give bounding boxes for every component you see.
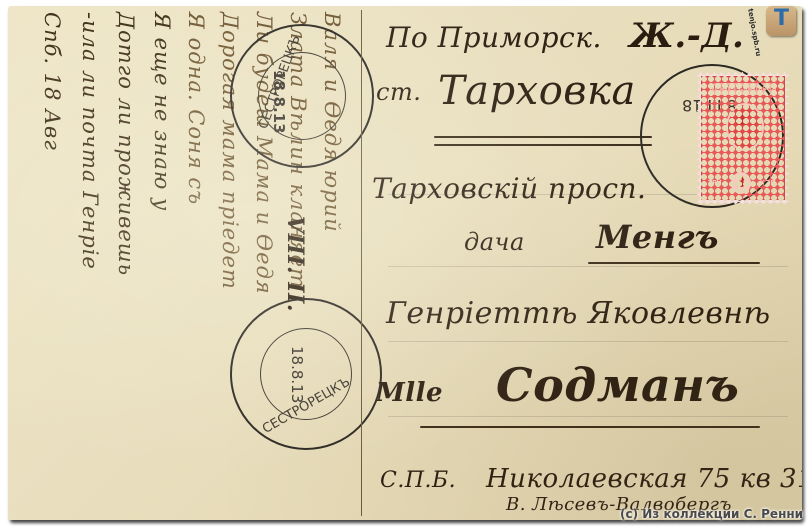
station-underline <box>434 136 652 138</box>
address-surname: Содманъ <box>496 358 739 412</box>
stamp-value: 3 <box>731 172 751 194</box>
address-line-3: Тарховскій просп. <box>372 172 646 205</box>
postmark-bottom-date: 18.8.13 <box>288 346 306 403</box>
guide-line <box>388 266 788 267</box>
surname-underline <box>420 426 760 428</box>
return-city: С.П.Б. <box>380 468 456 493</box>
message-line: Дорогая мама прiедет <box>218 12 242 290</box>
message-line: Я еще не знаю у <box>150 12 174 211</box>
collection-watermark: (с) Из коллекции С. Ренни <box>620 507 803 521</box>
address-dacha-name: Менгъ <box>596 218 719 256</box>
site-logo[interactable]: T <box>766 6 796 36</box>
dacha-underline <box>588 262 760 264</box>
message-line: Спб. 18 Авг <box>40 12 64 151</box>
address-title: Mlle <box>376 378 443 408</box>
postmark-bottom: СЕСТРОРЕЦКЪ 18.8.13 <box>230 298 382 450</box>
stamp-value-row: ТРИ 3 КОП. <box>708 175 778 191</box>
return-street: Николаевская 75 кв 31 <box>486 464 802 494</box>
message-line: Я одна. Соня съ <box>184 12 208 205</box>
message-line: Дотго ли проживешь <box>114 12 138 276</box>
stamp-value-right: КОП. <box>760 179 778 187</box>
guide-line <box>388 341 788 342</box>
postcard: Спб. 18 Авг -ила ли почта Генрiе Дотго л… <box>8 6 802 520</box>
postmark-top: СЕСТРОРЕЦКЪ 18.8.13 <box>230 24 374 168</box>
logo-t-icon: T <box>774 9 788 29</box>
station-underline <box>434 144 652 146</box>
card-divider-line <box>361 10 362 516</box>
stamp-face: ПОЧТОВАЯ МАРКА ♔ ТРИ 3 КОП. <box>701 76 785 200</box>
address-line-4-prefix: дача <box>464 228 525 256</box>
address-line-1: По Приморск. Ж.-Д. <box>386 16 744 56</box>
postmark-top-date: 18.8.13 <box>270 70 288 134</box>
stamp-header: ПОЧТОВАЯ МАРКА <box>710 83 776 95</box>
double-headed-eagle-icon: ♔ <box>734 113 750 133</box>
postage-stamp: ПОЧТОВАЯ МАРКА ♔ ТРИ 3 КОП. <box>697 72 789 204</box>
message-line: -ила ли почта Генрiе <box>78 12 102 270</box>
guide-line <box>388 416 788 417</box>
stamp-value-left: ТРИ <box>708 179 722 187</box>
address-station: Тарховка <box>438 68 636 114</box>
address-line-2-prefix: ст. <box>376 78 421 106</box>
address-recipient-name: Генріеттѣ Яковлевнѣ <box>386 296 771 331</box>
